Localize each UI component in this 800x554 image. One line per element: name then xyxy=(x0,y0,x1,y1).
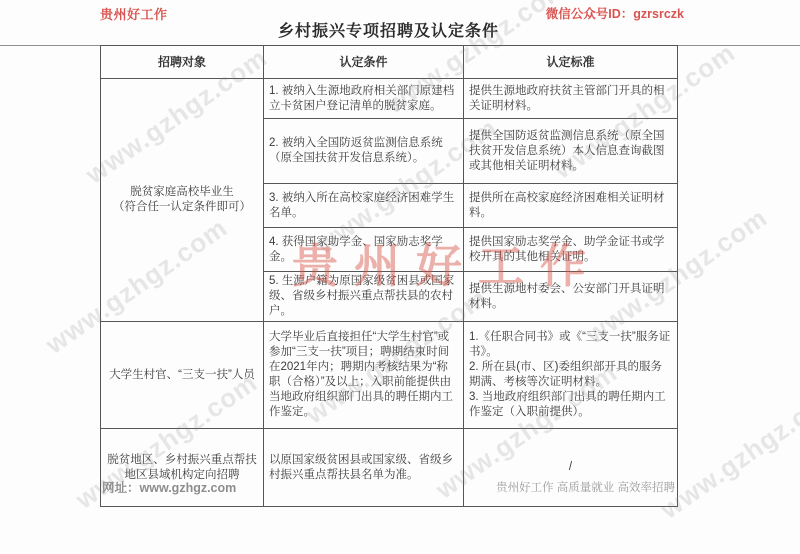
table-row: 脱贫家庭高校毕业生 （符合任一认定条件即可） 1. 被纳入生源地政府相关部门原建… xyxy=(101,79,678,119)
table-header-row: 招聘对象 认定条件 认定标准 xyxy=(101,46,678,79)
standard-cell-6: 1.《任职合同书》或《“三支一扶”服务证书》。 2. 所在县(市、区)委组织部开… xyxy=(464,322,678,429)
column-header-condition: 认定条件 xyxy=(264,46,464,79)
condition-cell-6: 大学毕业后直接担任“大学生村官”或参加“三支一扶”项目；聘期结束时间在2021年… xyxy=(264,322,464,429)
standard-cell-1: 提供生源地政府扶贫主管部门开具的相关证明材料。 xyxy=(464,79,678,119)
document-page: 贵州好工作 微信公众号ID：gzrsrczk 乡村振兴专项招聘及认定条件 招聘对… xyxy=(0,0,800,554)
target-cell-poverty-family-graduates: 脱贫家庭高校毕业生 （符合任一认定条件即可） xyxy=(101,79,264,322)
target-cell-village-officials: 大学生村官、“三支一扶”人员 xyxy=(101,322,264,429)
table-row: 大学生村官、“三支一扶”人员 大学毕业后直接担任“大学生村官”或参加“三支一扶”… xyxy=(101,322,678,429)
condition-cell-2: 2. 被纳入全国防返贫监测信息系统（原全国扶贫开发信息系统）。 xyxy=(264,119,464,184)
standard-cell-5: 提供生源地村委会、公安部门开具证明材料。 xyxy=(464,272,678,322)
condition-cell-5: 5. 生源户籍为原国家级贫困县或国家级、省级乡村振兴重点帮扶县的农村户。 xyxy=(264,272,464,322)
column-header-standard: 认定标准 xyxy=(464,46,678,79)
condition-cell-4: 4. 获得国家助学金、国家励志奖学金。 xyxy=(264,228,464,272)
standard-cell-3: 提供所在高校家庭经济困难相关证明材料。 xyxy=(464,184,678,228)
condition-cell-1: 1. 被纳入生源地政府相关部门原建档立卡贫困户登记清单的脱贫家庭。 xyxy=(264,79,464,119)
condition-cell-7: 以原国家级贫困县或国家级、省级乡村振兴重点帮扶县名单为准。 xyxy=(264,429,464,507)
column-header-target: 招聘对象 xyxy=(101,46,264,79)
condition-cell-3: 3. 被纳入所在高校家庭经济困难学生名单。 xyxy=(264,184,464,228)
standard-cell-2: 提供全国防返贫监测信息系统（原全国扶贫开发信息系统）本人信息查询截图或其他相关证… xyxy=(464,119,678,184)
footer-website-url: 网址：www.gzhgz.com xyxy=(102,478,236,496)
recruitment-table: 招聘对象 认定条件 认定标准 脱贫家庭高校毕业生 （符合任一认定条件即可） 1.… xyxy=(100,45,678,507)
footer-slogan: 贵州好工作 高质量就业 高效率招聘 xyxy=(496,479,675,495)
page-title: 乡村振兴专项招聘及认定条件 xyxy=(100,18,677,41)
standard-cell-4: 提供国家励志奖学金、助学金证书或学校开具的其他相关证明。 xyxy=(464,228,678,272)
